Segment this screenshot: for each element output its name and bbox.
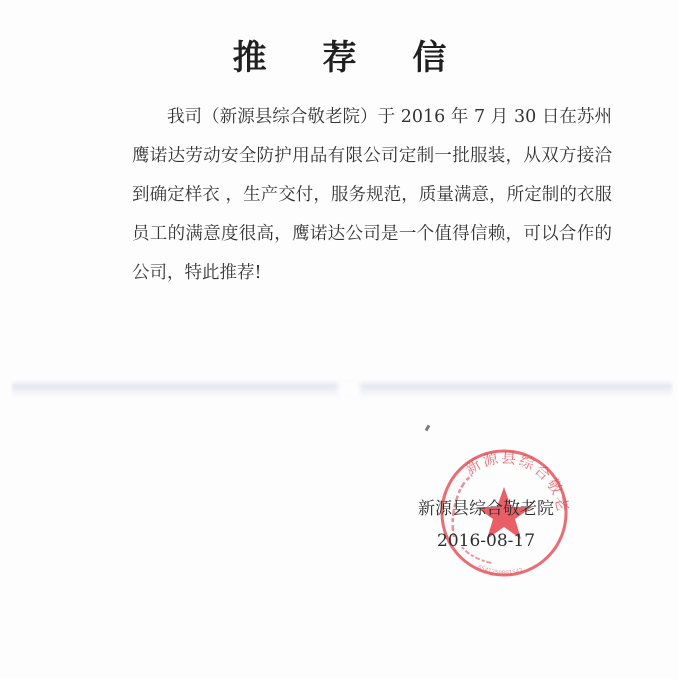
letter-paragraph: 我司（新源县综合敬老院）于 2016 年 7 月 30 日在苏州鹰诺达劳动安全防…	[132, 98, 612, 293]
signature-date: 2016-08-17	[437, 531, 535, 551]
paper-fold-gap	[338, 380, 360, 398]
svg-text:6541250001543: 6541250001543	[476, 564, 524, 577]
ink-speck	[425, 425, 431, 432]
letter-body: 我司（新源县综合敬老院）于 2016 年 7 月 30 日在苏州鹰诺达劳动安全防…	[132, 98, 612, 293]
letter-title: 推 荐 信	[0, 30, 679, 79]
letter-page: 推 荐 信 我司（新源县综合敬老院）于 2016 年 7 月 30 日在苏州鹰诺…	[0, 0, 679, 679]
signatory-organization: 新源县综合敬老院	[418, 494, 554, 519]
stamp-serial-number: 6541250001543	[476, 564, 524, 577]
